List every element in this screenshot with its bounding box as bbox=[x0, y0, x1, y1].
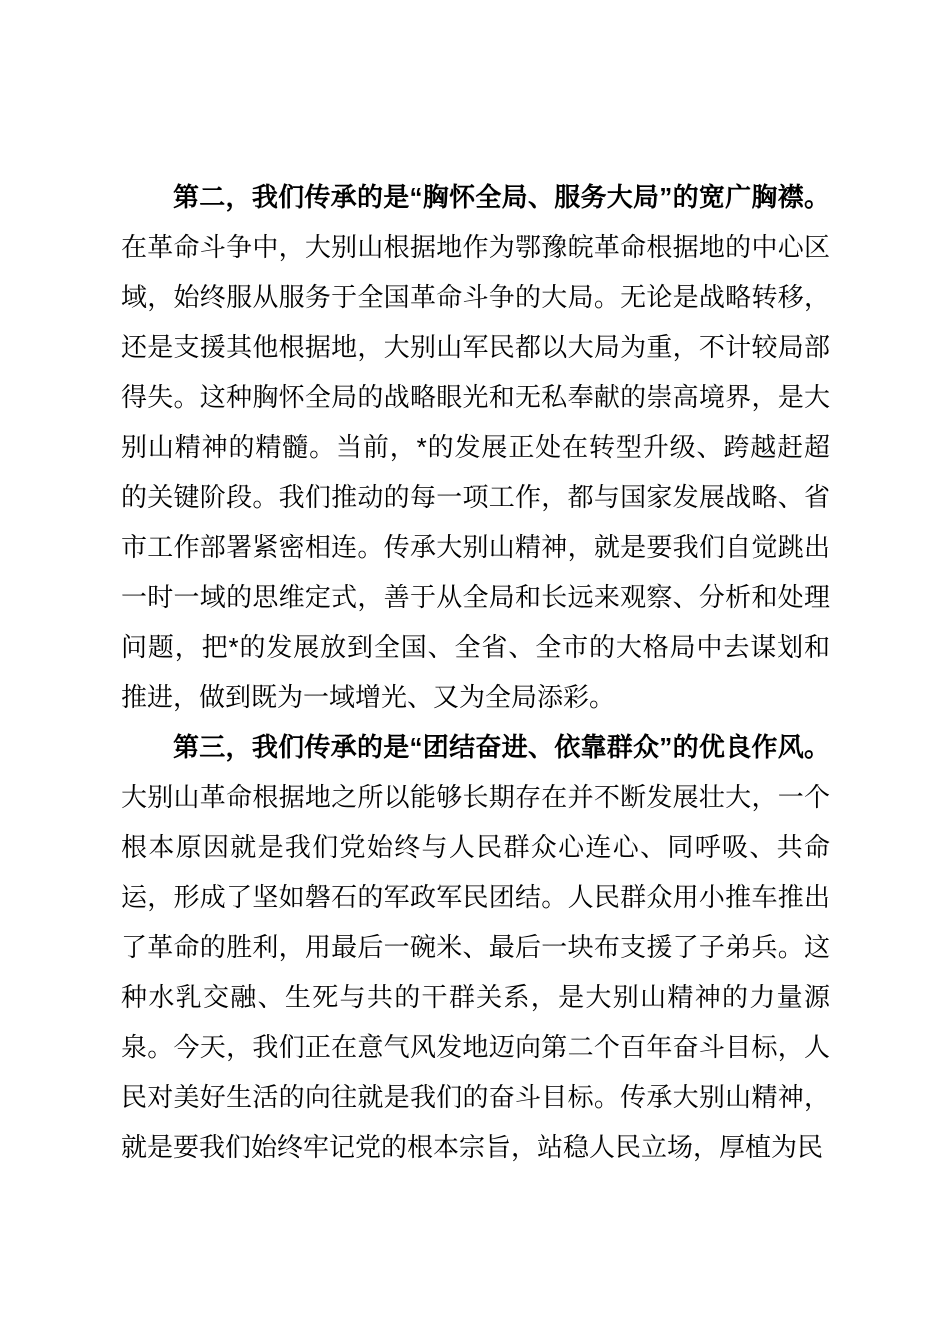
paragraph-second: 第二，我们传承的是“胸怀全局、服务大局”的宽广胸襟。在革命斗争中，大别山根据地作… bbox=[121, 172, 830, 722]
paragraph-third: 第三，我们传承的是“团结奋进、依靠群众”的优良作风。大别山革命根据地之所以能够长… bbox=[121, 722, 830, 1172]
paragraph-second-lead: 第二，我们传承的是“胸怀全局、服务大局”的宽广胸襟。 bbox=[173, 182, 830, 212]
document-background: { "page": { "background_color": "#ffffff… bbox=[0, 0, 950, 1344]
document-page: 第二，我们传承的是“胸怀全局、服务大局”的宽广胸襟。在革命斗争中，大别山根据地作… bbox=[0, 0, 950, 1344]
document-text-block: 第二，我们传承的是“胸怀全局、服务大局”的宽广胸襟。在革命斗争中，大别山根据地作… bbox=[121, 172, 830, 1172]
paragraph-second-body: 在革命斗争中，大别山根据地作为鄂豫皖革命根据地的中心区域，始终服从服务于全国革命… bbox=[121, 232, 830, 712]
paragraph-third-lead: 第三，我们传承的是“团结奋进、依靠群众”的优良作风。 bbox=[173, 732, 830, 762]
paragraph-third-body: 大别山革命根据地之所以能够长期存在并不断发展壮大，一个根本原因就是我们党始终与人… bbox=[121, 782, 830, 1162]
